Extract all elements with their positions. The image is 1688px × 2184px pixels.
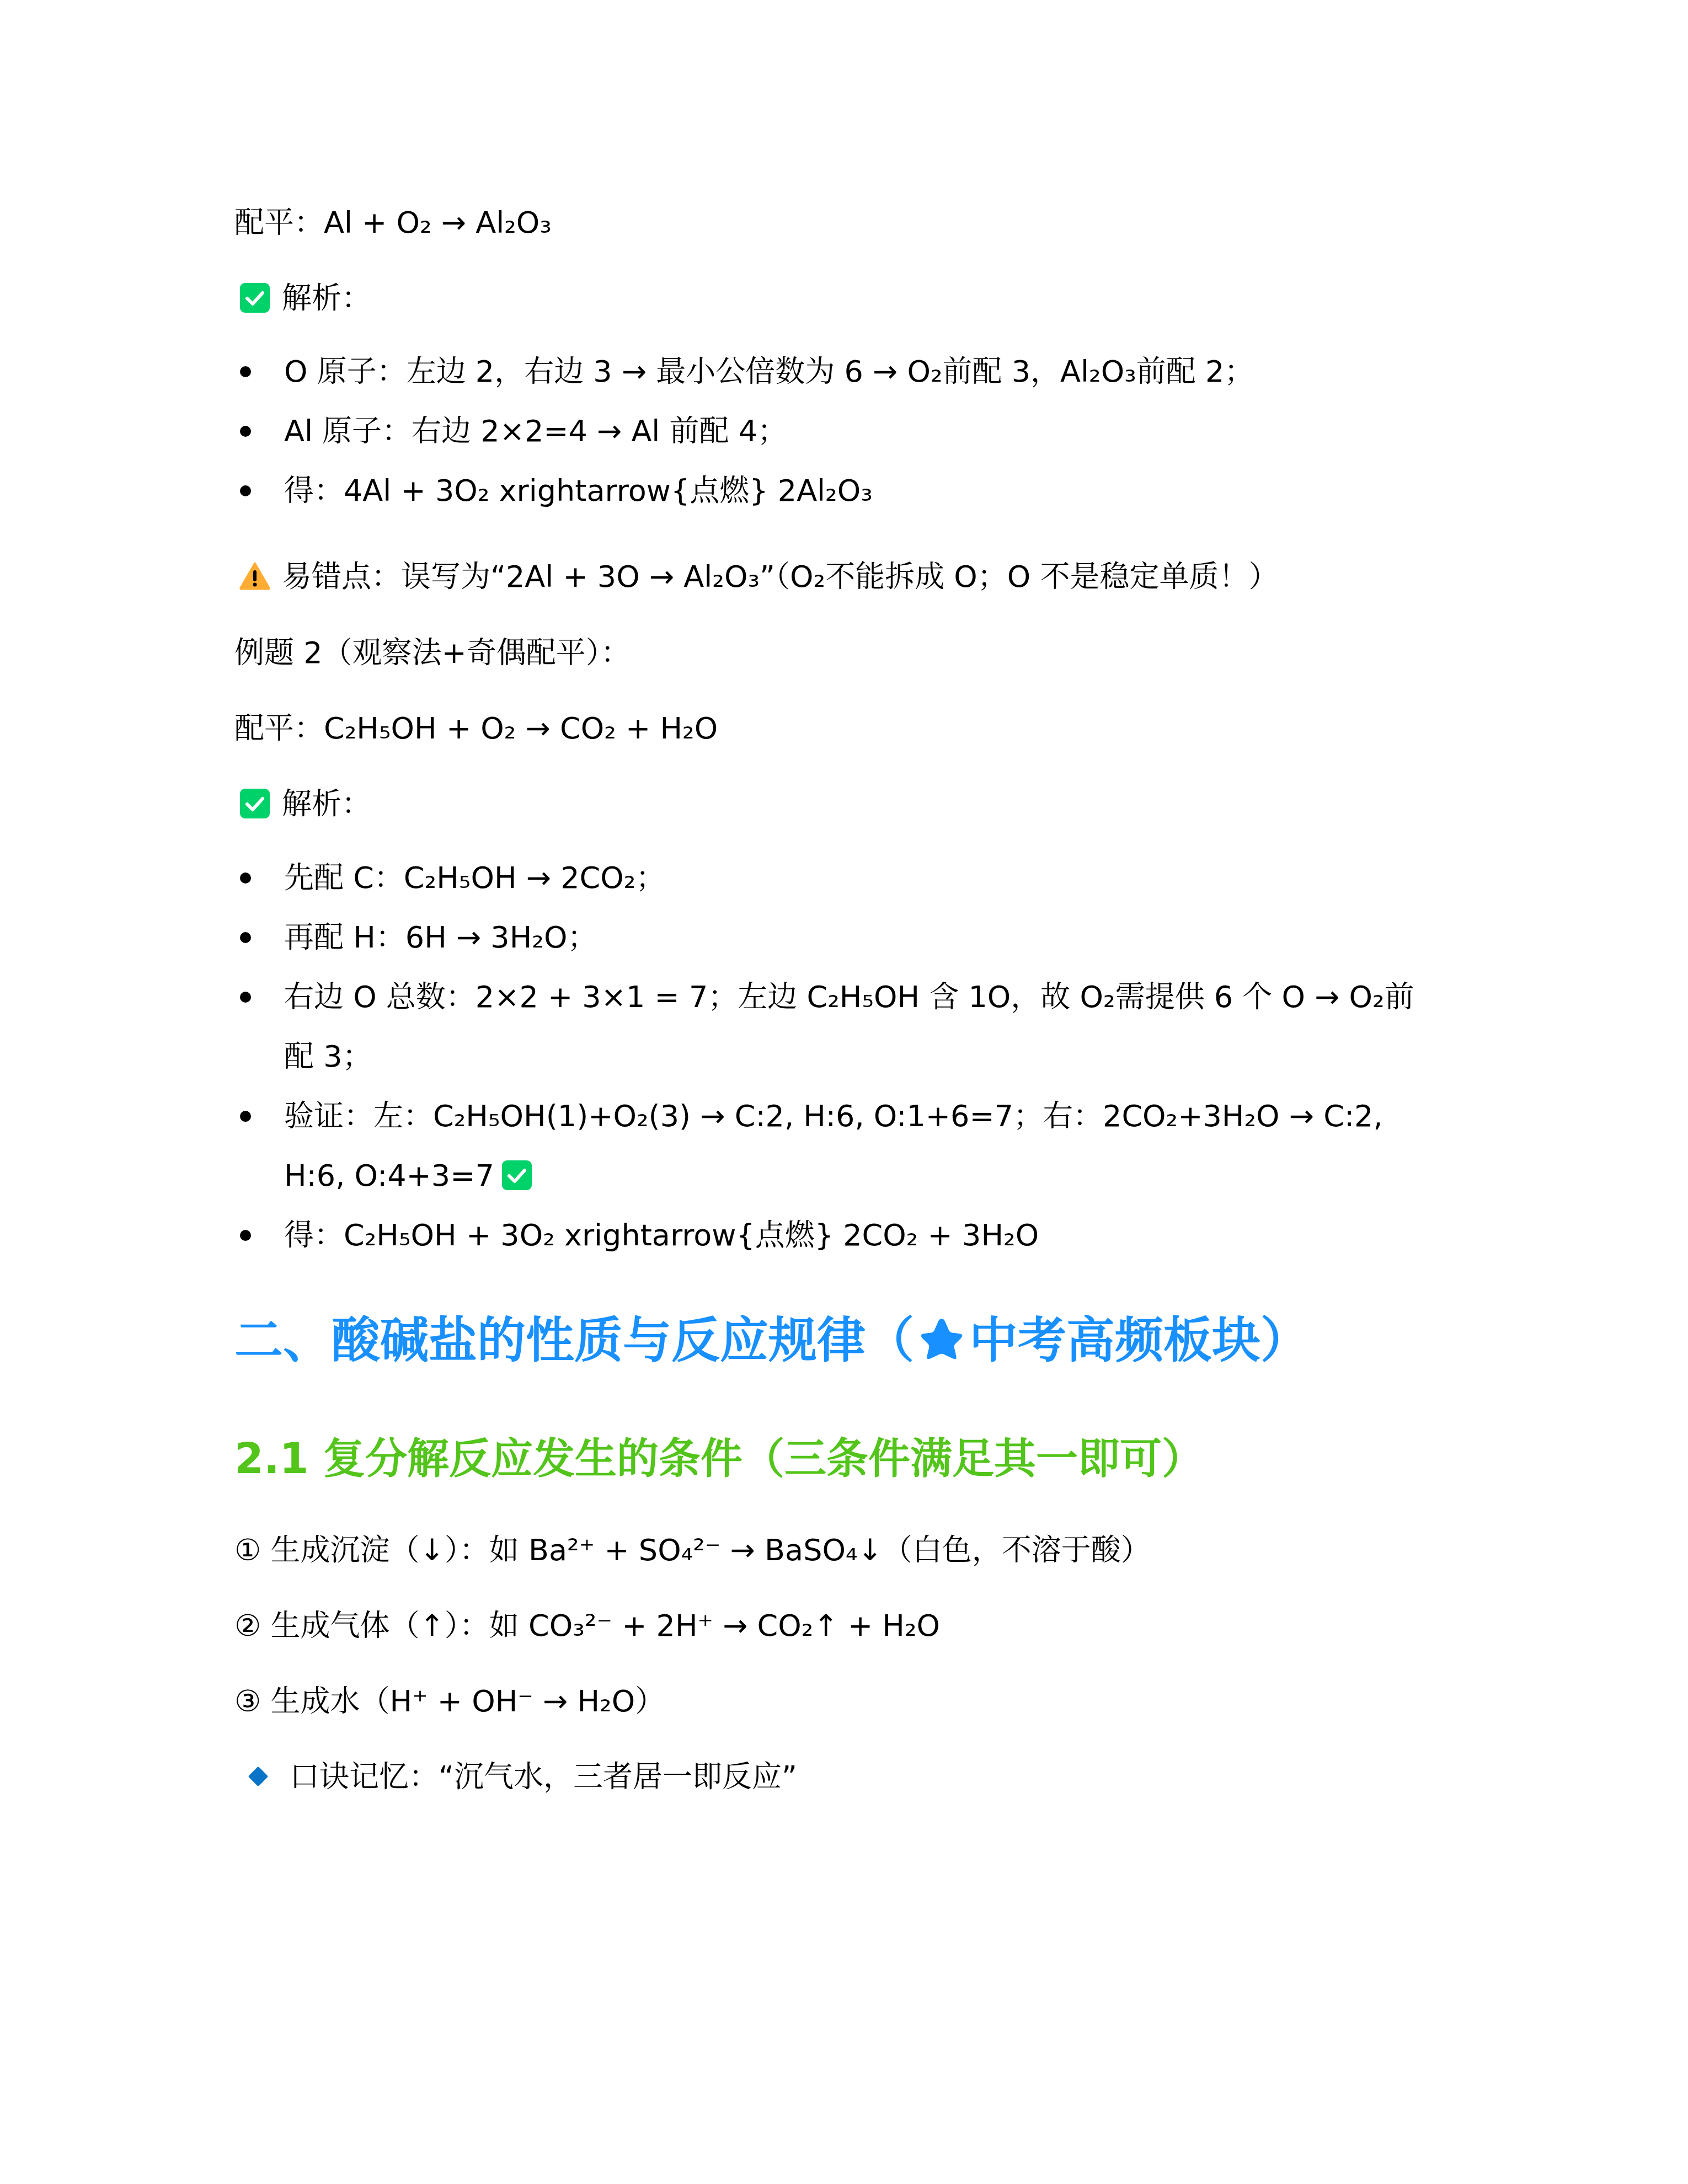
warning-text: 易错点：误写为“2Al + 3O → Al₂O₃”（O₂不能拆成 O；O 不是稳… <box>282 559 1279 594</box>
check-mark-icon <box>502 1160 532 1190</box>
condition-water: ③ 生成水（H⁺ + OH⁻ → H₂O） <box>234 1682 665 1721</box>
example2-steps: 先配 C：C₂H₅OH → 2CO₂； 再配 H：6H → 3H₂O； 右边 O… <box>234 848 1437 1265</box>
warning-icon <box>239 560 271 589</box>
condition-precipitate: ① 生成沉淀（↓）：如 Ba²⁺ + SO₄²⁻ → BaSO₄↓（白色，不溶于… <box>234 1530 1151 1570</box>
analysis-label: 解析： <box>282 281 371 315</box>
diamond-bullet-icon <box>248 1767 269 1787</box>
bullet-icon <box>240 992 251 1003</box>
example1-steps: O 原子：左边 2，右边 3 → 最小公倍数为 6 → O₂前配 3，Al₂O₃… <box>234 342 1437 521</box>
bullet-icon <box>240 872 251 884</box>
example1-analysis: 解析： <box>234 279 371 318</box>
subsection-heading: 2.1 复分解反应发生的条件（三条件满足其一即可） <box>234 1431 1204 1486</box>
bullet-icon <box>240 426 251 437</box>
warning-note: 易错点：误写为“2Al + 3O → Al₂O₃”（O₂不能拆成 O；O 不是稳… <box>234 557 1279 597</box>
example2-problem: 配平：C₂H₅OH + O₂ → CO₂ + H₂O <box>234 709 718 748</box>
list-item: 得：C₂H₅OH + 3O₂ xrightarrow{点燃} 2CO₂ + 3H… <box>234 1206 1437 1265</box>
example2-title: 例题 2（观察法+奇偶配平）： <box>234 633 631 673</box>
mnemonic-note: 口诀记忆：“沉气水，三者居一即反应” <box>234 1757 797 1797</box>
bullet-icon <box>240 932 251 943</box>
list-item: Al 原子：右边 2×2=4 → Al 前配 4； <box>234 402 1437 461</box>
bullet-icon <box>240 1111 251 1122</box>
example2-analysis: 解析： <box>234 784 371 824</box>
star-icon <box>917 1315 966 1363</box>
bullet-icon <box>240 485 251 496</box>
list-item: 验证：左：C₂H₅OH(1)+O₂(3) → C:2, H:6, O:1+6=7… <box>234 1086 1437 1206</box>
list-item: 再配 H：6H → 3H₂O； <box>234 908 1437 967</box>
list-item: 先配 C：C₂H₅OH → 2CO₂； <box>234 848 1437 908</box>
list-item: O 原子：左边 2，右边 3 → 最小公倍数为 6 → O₂前配 3，Al₂O₃… <box>234 342 1437 402</box>
list-item: 右边 O 总数：2×2 + 3×1 = 7；左边 C₂H₅OH 含 1O，故 O… <box>234 967 1437 1086</box>
check-mark-icon <box>240 283 270 313</box>
example1-problem: 配平：Al + O₂ → Al₂O₃ <box>234 203 552 243</box>
mnemonic-text: 口诀记忆：“沉气水，三者居一即反应” <box>290 1759 797 1794</box>
condition-gas: ② 生成气体（↑）：如 CO₃²⁻ + 2H⁺ → CO₂↑ + H₂O <box>234 1606 940 1646</box>
check-mark-icon <box>240 789 270 818</box>
section-heading: 二、酸碱盐的性质与反应规律（中考高频板块） <box>234 1310 1309 1371</box>
analysis-label: 解析： <box>282 786 371 821</box>
bullet-icon <box>240 366 251 377</box>
list-item: 得：4Al + 3O₂ xrightarrow{点燃} 2Al₂O₃ <box>234 461 1437 521</box>
bullet-icon <box>240 1230 251 1241</box>
